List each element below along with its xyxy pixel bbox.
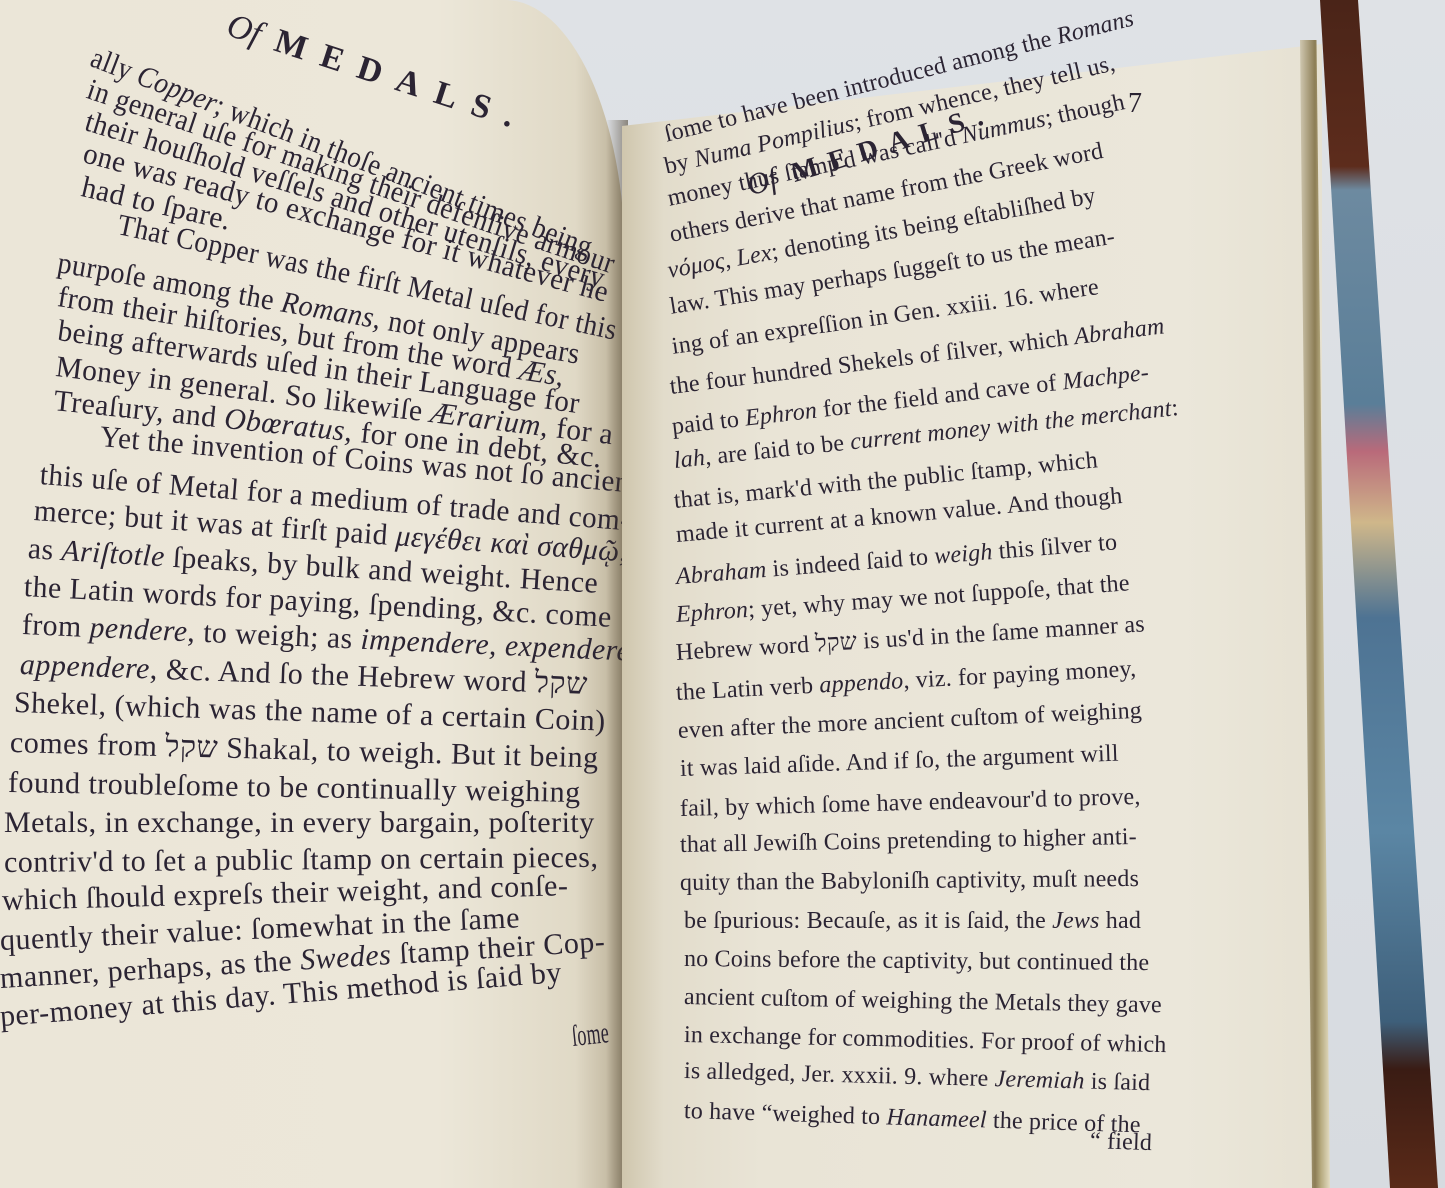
- text-line: no Coins before the captivity, but conti…: [684, 946, 1149, 977]
- page-number: 7: [1128, 88, 1142, 120]
- italic-text: appendo: [819, 668, 904, 698]
- text-run: be ſpurious: Becauſe, as it is ſaid, the: [684, 908, 1052, 934]
- italic-text: Lex: [734, 240, 773, 272]
- italic-text: lah: [673, 445, 707, 474]
- italic-text: Jews: [1052, 908, 1099, 934]
- italic-text: pendere: [89, 611, 188, 648]
- italic-text: weigh: [933, 539, 993, 569]
- text-run: , to weigh; as: [187, 615, 362, 656]
- text-run: quity than the Babyloniſh captivity, muſ…: [680, 866, 1139, 896]
- italic-text: Ephron: [675, 597, 749, 628]
- text-run: no Coins before the captivity, but conti…: [684, 946, 1149, 976]
- italic-text: appendere: [19, 648, 150, 686]
- italic-text: Ariſtotle: [61, 534, 166, 573]
- text-run: “ field: [1090, 1128, 1153, 1156]
- left-page: ally Copper; which in thoſe ancient time…: [0, 0, 625, 1188]
- text-line: quity than the Babyloniſh captivity, muſ…: [680, 866, 1139, 897]
- text-line: “ field: [1090, 1128, 1153, 1157]
- text-line: be ſpurious: Becauſe, as it is ſaid, the…: [684, 908, 1141, 935]
- italic-text: Hanameel: [886, 1104, 987, 1133]
- text-run: from: [21, 608, 90, 644]
- text-run: had: [1100, 908, 1141, 934]
- text-line: ſome: [570, 1016, 611, 1054]
- text-run: Metals, in exchange, in every bargain, p…: [4, 806, 595, 839]
- text-line: Metals, in exchange, in every bargain, p…: [4, 806, 595, 840]
- text-run: as: [27, 532, 63, 567]
- text-run: is ſaid: [1084, 1068, 1150, 1096]
- text-run: to have “weighed to: [684, 1098, 887, 1130]
- italic-text: Jeremiah: [994, 1066, 1085, 1094]
- text-run: ſome: [570, 1016, 610, 1053]
